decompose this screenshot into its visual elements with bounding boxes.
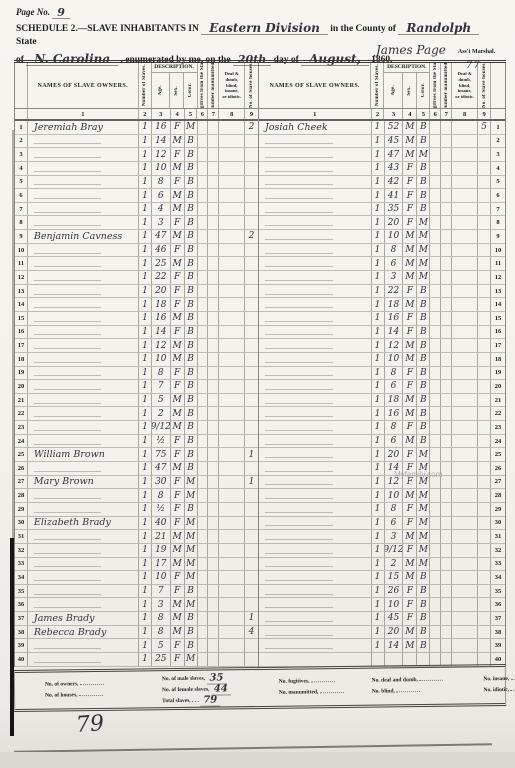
slave-record-row: 714MB (15, 203, 258, 217)
ditto-line (34, 565, 101, 567)
row-number: 7 (491, 203, 505, 216)
manumitted-cell (441, 544, 452, 557)
owner-name: Jeremiah Bray (34, 122, 103, 133)
deaf-cell (219, 230, 245, 243)
row-number: 34 (491, 571, 505, 584)
slave-count-cell: 1 (139, 462, 152, 475)
slave-houses-cell (245, 162, 258, 175)
fugitive-cell (430, 544, 441, 557)
sex-cell: M (171, 353, 185, 366)
slave-houses-cell (478, 448, 491, 461)
manumitted-cell (441, 407, 452, 420)
manumitted-cell (208, 148, 219, 161)
deaf-cell (219, 421, 245, 434)
color-cell: M (185, 571, 198, 584)
age-cell: 47 (152, 230, 171, 243)
houses-column-header: No. of Slave houses. (245, 63, 258, 108)
deaf-cell (219, 598, 245, 611)
slave-houses-cell (245, 216, 258, 229)
manumitted-cell (441, 639, 452, 652)
fugitive-cell (198, 162, 209, 175)
fugitive-cell (198, 394, 209, 407)
manumitted-cell (208, 626, 219, 639)
row-number: 19 (15, 367, 28, 380)
manumitted-cell (208, 244, 219, 257)
age-cell: 6 (385, 257, 404, 270)
slave-houses-cell (478, 271, 491, 284)
color-cell: B (185, 585, 198, 598)
right-table: NAMES OF SLAVE OWNERS. Number of Slaves.… (259, 63, 506, 667)
color-cell: B (185, 639, 198, 652)
manumitted-cell (441, 626, 452, 639)
age-cell (385, 653, 404, 666)
manumitted-cell (441, 148, 452, 161)
owner-name-cell (28, 339, 139, 352)
col-num-6: 6 (197, 109, 208, 119)
fugitive-cell (198, 298, 209, 311)
deaf-cell (452, 257, 478, 270)
color-cell: B (185, 407, 198, 420)
owner-name-cell (259, 326, 372, 339)
owner-name-cell (28, 639, 139, 652)
manumitted-cell (441, 298, 452, 311)
sex-cell: M (403, 394, 417, 407)
deaf-cell (452, 216, 478, 229)
col-num-4: 4 (403, 109, 417, 119)
age-cell: 5 (152, 394, 171, 407)
slave-count-cell: 1 (139, 517, 152, 530)
slave-houses-cell (245, 530, 258, 543)
age-column-header: Age. (152, 73, 171, 108)
col-num-2: 2 (372, 109, 385, 119)
row-number: 11 (491, 257, 505, 270)
slave-count-cell: 1 (372, 517, 385, 530)
manumitted-cell (441, 380, 452, 393)
color-cell: B (185, 612, 198, 625)
ditto-line (265, 320, 333, 322)
slave-houses-cell (478, 148, 491, 161)
slave-count-cell: 1 (372, 598, 385, 611)
owner-name-cell (28, 653, 139, 666)
slave-houses-cell (478, 394, 491, 407)
schedule-label: Schedule 2.—Slave Inhabitants in (16, 24, 199, 34)
ditto-line (34, 183, 101, 185)
age-cell: 47 (152, 462, 171, 475)
fugitive-cell (198, 148, 209, 161)
sex-cell: F (171, 585, 185, 598)
slave-record-row: 27Mary Brown130FM1 (15, 476, 258, 490)
age-cell: 2 (152, 407, 171, 420)
slave-houses-cell (478, 639, 491, 652)
color-cell: B (417, 394, 430, 407)
owners-houses-tally: No. of owners, No. of houses, (45, 679, 104, 702)
fugitive-cell (198, 435, 209, 448)
manumitted-cell (441, 489, 452, 502)
fugitive-cell (198, 653, 209, 666)
color-cell: M (185, 544, 198, 557)
slave-record-row: 2319/12MB (15, 421, 258, 435)
fugitive-cell (430, 489, 441, 502)
manumitted-cell (208, 571, 219, 584)
female-slaves-label: No. of female slaves, (162, 686, 210, 693)
ditto-line (34, 415, 101, 417)
sex-cell: F (171, 380, 185, 393)
fugitive-cell (430, 530, 441, 543)
fugitive-cell (198, 135, 209, 148)
slave-houses-cell (245, 558, 258, 571)
deaf-cell (452, 585, 478, 598)
fugitive-cell (198, 285, 209, 298)
slave-houses-cell (478, 476, 491, 489)
number-column-header: Number of Slaves. (139, 63, 152, 108)
deaf-cell (452, 244, 478, 257)
slave-count-cell: 1 (139, 298, 152, 311)
fugitive-cell (430, 380, 441, 393)
slave-houses-cell (245, 598, 258, 611)
col-num-1: 1 (28, 109, 139, 119)
age-cell: 20 (385, 448, 404, 461)
owner-name-cell: Mary Brown (28, 476, 139, 489)
sex-cell: F (403, 189, 417, 202)
manumitted-cell (441, 571, 452, 584)
owner-name-cell: Jeremiah Bray (28, 121, 139, 134)
col-num-6: 6 (430, 109, 441, 119)
slave-record-row: 38Rebecca Brady18MB4 (15, 626, 258, 640)
division-value: Eastern Division (201, 22, 328, 35)
owner-name-cell (28, 421, 139, 434)
age-cell: 10 (385, 598, 404, 611)
owners-tally-label: No. of owners, (45, 681, 79, 687)
slave-record-row: 13MM31 (259, 530, 505, 544)
slave-count-cell: 1 (139, 530, 152, 543)
slave-houses-cell (478, 353, 491, 366)
slave-count-cell: 1 (139, 421, 152, 434)
ditto-line (265, 470, 333, 472)
slave-houses-cell (478, 558, 491, 571)
row-number: 5 (491, 176, 505, 189)
owner-name-cell (259, 189, 372, 202)
manumitted-cell (208, 530, 219, 543)
owner-name-cell (259, 135, 372, 148)
slave-count-cell: 1 (139, 326, 152, 339)
sex-cell: M (171, 421, 185, 434)
sex-cell: F (171, 653, 185, 666)
color-cell: B (185, 176, 198, 189)
age-cell: 6 (385, 380, 404, 393)
blank-line (79, 690, 103, 696)
deaf-cell (452, 353, 478, 366)
manumitted-cell (441, 476, 452, 489)
slave-count-cell: 1 (139, 285, 152, 298)
slave-record-row: 118MB21 (259, 394, 505, 408)
ditto-line (265, 524, 333, 526)
left-column-headers: NAMES OF SLAVE OWNERS. Number of Slaves.… (15, 63, 258, 109)
row-number: 2 (491, 135, 505, 148)
age-cell: 8 (385, 503, 404, 516)
slave-houses-cell (245, 285, 258, 298)
fugitive-cell (430, 585, 441, 598)
slave-record-row: 37James Brady18MB1 (15, 612, 258, 626)
age-cell: 18 (152, 298, 171, 311)
slave-record-row: 3915FB (15, 639, 258, 653)
owner-name-cell (259, 571, 372, 584)
ditto-line (265, 211, 333, 213)
col-num-3: 3 (384, 109, 403, 119)
slave-houses-cell (245, 394, 258, 407)
row-number: 26 (15, 462, 28, 475)
deaf-cell (452, 544, 478, 557)
slave-record-row: 518FB (15, 176, 258, 190)
owner-name-cell (259, 407, 372, 420)
col-num-4: 4 (171, 109, 185, 119)
color-cell: M (185, 517, 198, 530)
ditto-line (265, 333, 333, 335)
owner-name-cell (259, 530, 372, 543)
row-number: 36 (491, 598, 505, 611)
age-cell: 22 (385, 285, 404, 298)
row-number: 20 (491, 380, 505, 393)
deaf-cell (219, 462, 245, 475)
owner-name: William Brown (34, 449, 105, 460)
slave-count-cell: 1 (372, 530, 385, 543)
row-number: 3 (15, 148, 28, 161)
color-cell: B (417, 380, 430, 393)
color-cell: B (185, 162, 198, 175)
age-cell: 8 (385, 367, 404, 380)
ditto-line (265, 293, 333, 295)
sex-cell: M (171, 612, 185, 625)
slave-record-row: 16114FB (15, 326, 258, 340)
slave-houses-cell (245, 203, 258, 216)
row-number: 24 (15, 435, 28, 448)
sex-cell: M (171, 407, 185, 420)
fugitive-cell (198, 312, 209, 325)
owner-name-cell (28, 353, 139, 366)
deaf-cell (452, 203, 478, 216)
row-number: 9 (15, 230, 28, 243)
row-number: 15 (491, 312, 505, 325)
owner-name-cell (259, 639, 372, 652)
ditto-line (34, 170, 101, 172)
manumitted-cell (441, 585, 452, 598)
sex-cell: M (403, 435, 417, 448)
color-cell: B (185, 312, 198, 325)
slave-houses-cell (245, 407, 258, 420)
color-column-header: Color. (417, 73, 430, 108)
manumitted-cell (441, 326, 452, 339)
slave-record-row: 114MB39 (259, 639, 505, 653)
manumitted-cell (441, 503, 452, 516)
age-cell: 8 (385, 421, 404, 434)
slave-houses-cell (245, 312, 258, 325)
row-number: 30 (15, 517, 28, 530)
slave-houses-cell (245, 148, 258, 161)
slave-record-row: 122FB13 (259, 285, 505, 299)
age-cell: 19 (152, 544, 171, 557)
color-cell: M (417, 216, 430, 229)
slave-count-cell: 1 (372, 312, 385, 325)
deaf-cell (452, 121, 478, 134)
manumitted-cell (208, 394, 219, 407)
slave-count-cell: 1 (139, 558, 152, 571)
age-cell: 14 (385, 639, 404, 652)
slave-houses-cell (245, 571, 258, 584)
color-cell: M (417, 530, 430, 543)
slave-houses-cell (245, 517, 258, 530)
owner-name-cell (259, 653, 372, 666)
sex-cell: M (171, 462, 185, 475)
slave-houses-cell (478, 285, 491, 298)
slave-count-cell: 1 (372, 244, 385, 257)
ditto-line (34, 265, 101, 267)
slave-count-cell: 1 (372, 135, 385, 148)
color-cell: B (185, 257, 198, 270)
slave-count-cell: 1 (139, 271, 152, 284)
fugitive-cell (430, 189, 441, 202)
age-cell: 7 (152, 380, 171, 393)
owner-name-cell (259, 176, 372, 189)
row-number: 31 (15, 530, 28, 543)
age-cell: 47 (385, 148, 404, 161)
deaf-cell (452, 339, 478, 352)
sex-cell: F (403, 203, 417, 216)
manumitted-cell (208, 517, 219, 530)
owner-name-cell (259, 394, 372, 407)
ditto-line (265, 483, 333, 485)
ditto-line (265, 415, 333, 417)
manumitted-cell (441, 558, 452, 571)
row-number: 36 (15, 598, 28, 611)
slave-count-cell: 1 (372, 612, 385, 625)
age-cell: 21 (152, 530, 171, 543)
color-cell: B (185, 626, 198, 639)
row-number: 27 (15, 476, 28, 489)
manumitted-cell (441, 612, 452, 625)
age-cell: 8 (152, 612, 171, 625)
slave-houses-cell (478, 407, 491, 420)
deaf-cell (219, 626, 245, 639)
slave-record-row: 18110MB (15, 353, 258, 367)
sex-cell: F (403, 312, 417, 325)
ditto-line (34, 388, 101, 390)
color-cell: B (185, 339, 198, 352)
slave-houses-cell (245, 271, 258, 284)
owner-name-cell (28, 312, 139, 325)
blank-line (510, 685, 515, 691)
deaf-cell (452, 462, 478, 475)
col-num-5: 5 (185, 109, 198, 119)
slave-record-row: 1918FB (15, 367, 258, 381)
slave-count-cell: 1 (139, 639, 152, 652)
slave-record-row: 116FB15 (259, 312, 505, 326)
owner-name: Josiah Cheek (265, 122, 328, 133)
deaf-cell (219, 612, 245, 625)
slave-count-cell: 1 (139, 203, 152, 216)
sex-cell: M (171, 230, 185, 243)
manumitted-cell (208, 162, 219, 175)
county-label: in the County of (330, 24, 396, 34)
slave-count-cell: 1 (372, 230, 385, 243)
slave-count-cell: 1 (372, 216, 385, 229)
bottom-page-number: 79 (75, 711, 105, 738)
fugitive-cell (198, 626, 209, 639)
scan-edge-strip (10, 538, 14, 736)
slave-houses-cell (478, 598, 491, 611)
sex-cell: F (403, 285, 417, 298)
row-number: 39 (15, 639, 28, 652)
row-number: 8 (491, 216, 505, 229)
slave-record-row: 4110MB (15, 162, 258, 176)
age-cell: 14 (152, 135, 171, 148)
slave-count-cell: 1 (139, 407, 152, 420)
owner-name-cell (28, 489, 139, 502)
slave-record-row: 616MB (15, 189, 258, 203)
slave-count-cell: 1 (139, 121, 152, 134)
slave-record-row: 18FB19 (259, 367, 505, 381)
age-cell: 8 (152, 367, 171, 380)
owner-name-cell (28, 585, 139, 598)
slave-houses-cell (478, 585, 491, 598)
slave-record-row: 16FM30 (259, 517, 505, 531)
slave-record-row: 110MB18 (259, 353, 505, 367)
age-cell: 10 (385, 489, 404, 502)
slave-houses-cell (478, 544, 491, 557)
color-cell: B (417, 298, 430, 311)
slave-record-row: 116MB22 (259, 407, 505, 421)
fugitive-cell (198, 489, 209, 502)
deaf-cell (452, 448, 478, 461)
color-cell: M (185, 558, 198, 571)
slave-record-row: 112MB17 (259, 339, 505, 353)
deaf-cell (219, 530, 245, 543)
age-cell: ½ (152, 435, 171, 448)
owner-name-cell (28, 135, 139, 148)
color-cell: M (417, 271, 430, 284)
slave-count-cell: 1 (372, 367, 385, 380)
slave-record-row: 142FB5 (259, 176, 505, 190)
deaf-cell (219, 544, 245, 557)
slave-count-cell: 1 (139, 244, 152, 257)
sex-cell: M (171, 598, 185, 611)
slave-record-row: 32119MM (15, 544, 258, 558)
manumitted-cell (208, 189, 219, 202)
slave-record-row: 114FM26 (259, 462, 505, 476)
slave-record-row: 16MM11 (259, 257, 505, 271)
manumitted-cell (441, 271, 452, 284)
slave-count-cell: 1 (139, 230, 152, 243)
row-number: 28 (491, 489, 505, 502)
ditto-line (265, 142, 333, 144)
sex-cell: M (171, 162, 185, 175)
sex-column-header: Sex. (403, 73, 417, 108)
owner-name-cell (28, 394, 139, 407)
owner-name-cell (28, 503, 139, 516)
row-number: 23 (491, 421, 505, 434)
fugitive-cell (430, 271, 441, 284)
owner-name-cell (28, 367, 139, 380)
color-cell: M (185, 653, 198, 666)
age-cell: 5 (152, 639, 171, 652)
owner-name-cell (259, 626, 372, 639)
row-number: 21 (15, 394, 28, 407)
color-cell: B (417, 121, 430, 134)
deaf-cell (219, 298, 245, 311)
manumitted-cell (208, 257, 219, 270)
manumitted-cell (208, 503, 219, 516)
slave-count-cell: 1 (372, 271, 385, 284)
fugitive-cell (430, 135, 441, 148)
owner-name-cell (28, 162, 139, 175)
